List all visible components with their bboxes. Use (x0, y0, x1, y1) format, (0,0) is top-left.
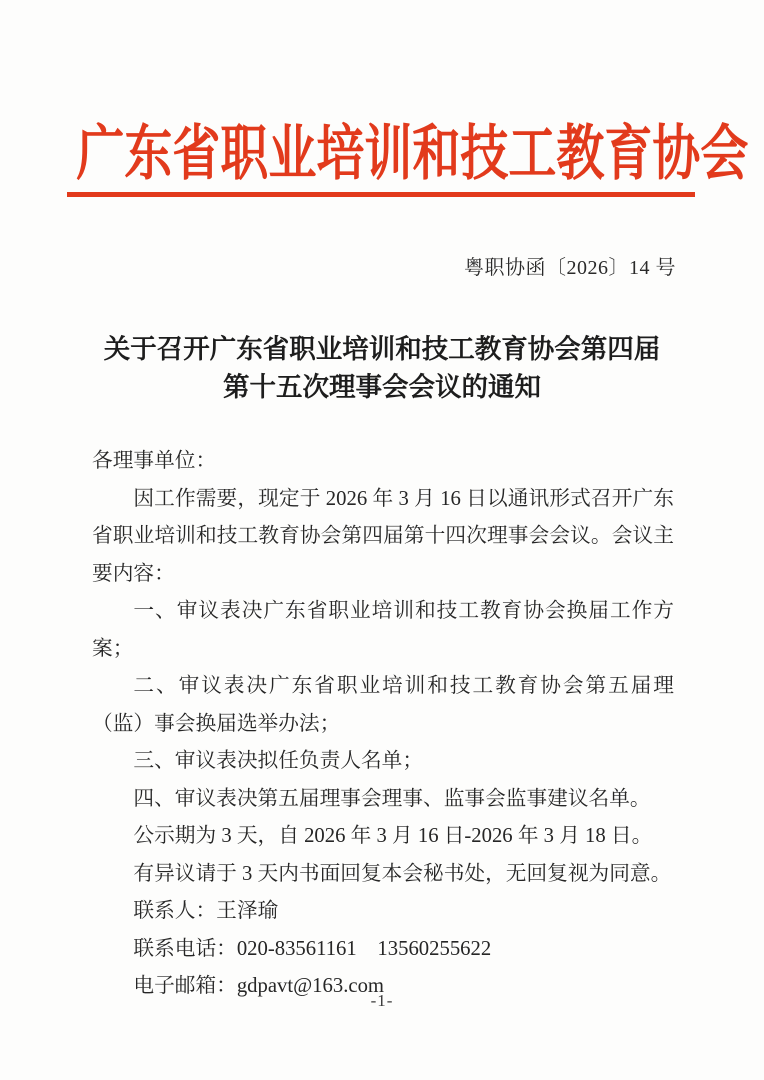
page-number: -1- (0, 991, 764, 1011)
letterhead-org-name: 广东省职业培训和技工教育协会 (76, 106, 687, 192)
body-paragraph-item-1: 一、审议表决广东省职业培训和技工教育协会换届工作方案； (92, 593, 674, 668)
body-paragraph-item-4: 四、审议表决第五届理事会理事、监事会监事建议名单。 (92, 781, 674, 819)
body-paragraph-intro: 因工作需要，现定于 2026 年 3 月 16 日以通讯形式召开广东省职业培训和… (92, 481, 674, 594)
contact-person: 联系人：王泽瑜 (92, 893, 674, 931)
salutation: 各理事单位： (92, 443, 674, 481)
contact-phone: 联系电话：020-83561161 13560255622 (92, 931, 674, 969)
body-paragraph-item-3: 三、审议表决拟任负责人名单； (92, 743, 674, 781)
document-number: 粤职协函〔2026〕14 号 (464, 251, 676, 280)
body-paragraph-objection: 有异议请于 3 天内书面回复本会秘书处，无回复视为同意。 (92, 856, 674, 894)
notice-title-line-1: 关于召开广东省职业培训和技工教育协会第四届 (60, 330, 704, 368)
body-paragraph-item-2: 二、审议表决广东省职业培训和技工教育协会第五届理（监）事会换届选举办法； (92, 668, 674, 743)
notice-title-line-2: 第十五次理事会会议的通知 (60, 368, 704, 406)
body-paragraph-publicity-period: 公示期为 3 天，自 2026 年 3 月 16 日-2026 年 3 月 18… (92, 818, 674, 856)
letterhead-divider (67, 192, 695, 197)
document-page: 广东省职业培训和技工教育协会 粤职协函〔2026〕14 号 关于召开广东省职业培… (0, 0, 764, 1080)
notice-title: 关于召开广东省职业培训和技工教育协会第四届 第十五次理事会会议的通知 (60, 330, 704, 406)
notice-body: 各理事单位： 因工作需要，现定于 2026 年 3 月 16 日以通讯形式召开广… (92, 443, 674, 1006)
